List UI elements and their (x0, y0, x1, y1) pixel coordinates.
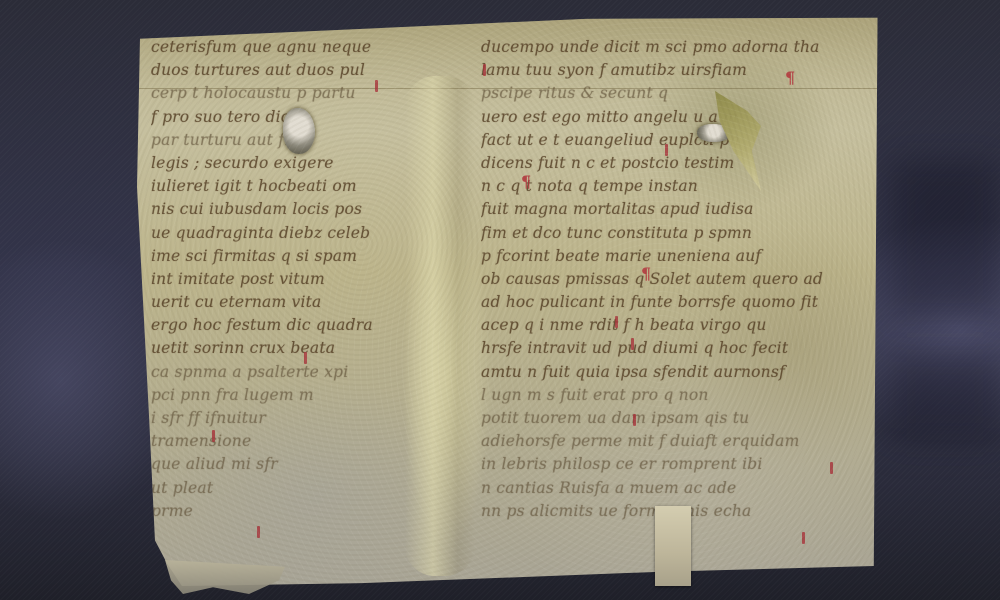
text-line: ca spnma a psalterte xpi (151, 361, 413, 384)
text-line: ut pleat (151, 477, 413, 500)
initial-stroke-icon (615, 316, 618, 328)
text-line: in lebris philosp ce er romprent ibi (481, 453, 861, 476)
text-line: prme (151, 500, 413, 523)
paragraph-mark-icon: ¶ (641, 264, 651, 283)
text-line: acep q i nme rdit f h beata virgo qu (481, 314, 861, 337)
text-line: tramensione (151, 430, 413, 453)
shadow (890, 160, 1000, 320)
text-line: dicens fuit n c et postcio testim (481, 152, 861, 175)
parchment-hole (283, 108, 315, 154)
initial-stroke-icon (304, 352, 307, 364)
initial-stroke-icon (483, 64, 486, 76)
initial-stroke-icon (212, 430, 215, 442)
text-line: par turturu aut fm (151, 129, 413, 152)
text-line: uetit sorinn crux beata (151, 337, 413, 360)
text-line: potit tuorem ua dam ipsam qis tu (481, 407, 861, 430)
initial-stroke-icon (802, 532, 805, 544)
text-line: uero est ego mitto angelu u a m (481, 106, 861, 129)
text-line: pci pnn fra lugem m (151, 384, 413, 407)
shadow (890, 350, 1000, 440)
text-line: ob causas pmissas q Solet autem quero ad (481, 268, 861, 291)
text-line: ad hoc pulicant in funte borrsfe quomo f… (481, 291, 861, 314)
text-line: que aliud mi sfr (151, 453, 413, 476)
text-line: ergo hoc festum dic quadra (151, 314, 413, 337)
text-line: iulieret igit t hocbeati om (151, 175, 413, 198)
text-line: ime sci firmitas q si spam (151, 245, 413, 268)
paragraph-mark-icon: ¶ (785, 68, 795, 87)
initial-stroke-icon (375, 80, 378, 92)
text-line: ceterisfum que agnu neque (151, 36, 413, 59)
text-column-right: ducempo unde dicit m sci pmo adorna tha … (481, 36, 861, 523)
initial-stroke-icon (665, 144, 668, 156)
parchment-fragment: ceterisfum que agnu neque duos turtures … (137, 16, 885, 586)
text-line: f pro suo tero dict (151, 106, 413, 129)
text-line: fuit magna mortalitas apud iudisa (481, 198, 861, 221)
text-line: amtu n fuit quia ipsa sfendit aurnonsf (481, 361, 861, 384)
text-line: n c q t nota q tempe instan (481, 175, 861, 198)
paragraph-mark-icon: ¶ (521, 172, 531, 191)
initial-stroke-icon (257, 526, 260, 538)
text-line: cerp t holocaustu p partu (151, 82, 413, 105)
text-line: p fcorint beate marie uneniena auf (481, 245, 861, 268)
text-line: int imitate post vitum (151, 268, 413, 291)
text-line: duos turtures aut duos pul (151, 59, 413, 82)
text-line: nis cui iubusdam locis pos (151, 198, 413, 221)
text-line: l ugn m s fuit erat pro q non (481, 384, 861, 407)
binding-tab (655, 506, 691, 586)
text-column-left: ceterisfum que agnu neque duos turtures … (151, 36, 413, 523)
text-line: ue quadraginta diebz celeb (151, 222, 413, 245)
text-line: adiehorsfe perme mit f duiaft erquidam (481, 430, 861, 453)
text-line: ducempo unde dicit m sci pmo adorna tha (481, 36, 861, 59)
initial-stroke-icon (631, 338, 634, 350)
text-line: legis ; securdo exigere (151, 152, 413, 175)
text-line: pscipe ritus & secunt q (481, 82, 861, 105)
initial-stroke-icon (633, 414, 636, 426)
text-line: fim et dco tunc constituta p spmn (481, 222, 861, 245)
text-line: hrsfe intravit ud pud diumi q hoc fecit (481, 337, 861, 360)
text-line: i sfr ff ifnuitur (151, 407, 413, 430)
vertical-fold-stain (405, 76, 475, 576)
text-line: fact ut e t euangeliud euplcti pn (481, 129, 861, 152)
text-line: uerit cu eternam vita (151, 291, 413, 314)
text-line: lamu tuu syon f amutibz uirsfiam (481, 59, 861, 82)
text-line: n cantias Ruisfa a muem ac ade (481, 477, 861, 500)
initial-stroke-icon (830, 462, 833, 474)
